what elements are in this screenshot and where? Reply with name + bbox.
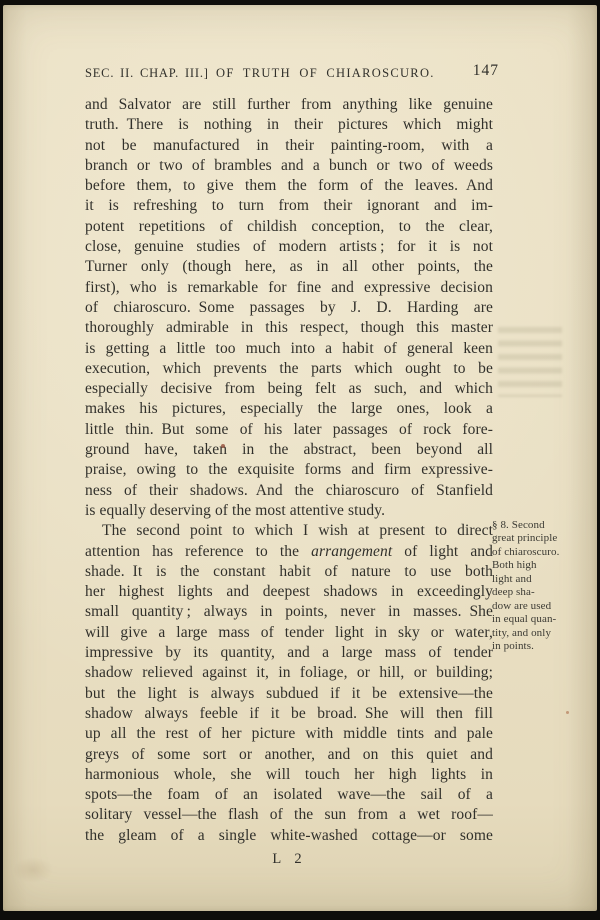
running-title: OF TRUTH OF CHIAROSCURO. <box>216 66 435 81</box>
sidenote-line: in points. <box>492 640 592 653</box>
text-line: especially decisive from being felt as s… <box>85 379 493 399</box>
text-line: close, genuine studies of modern artists… <box>85 237 493 257</box>
body-text: and Salvator are still further from anyt… <box>85 95 493 846</box>
text-line: execution, which prevents the parts whic… <box>85 359 493 379</box>
signature-mark: L 2 <box>85 851 493 868</box>
text-line: and Salvator are still further from anyt… <box>85 95 493 115</box>
text-line: little thin. But some of his later passa… <box>85 420 493 440</box>
sidenote-line: in equal quan- <box>492 613 592 626</box>
text-line: truth. There is nothing in their picture… <box>85 115 493 135</box>
text-line: her highest lights and deepest shadows i… <box>85 582 493 602</box>
text-line: praise, owing to the exquisite forms and… <box>85 460 493 480</box>
sidenote-line: light and <box>492 573 592 586</box>
sidenote-line: of chiaroscuro. <box>492 546 592 559</box>
text-line: shadow relieved against it, in foliage, … <box>85 663 493 683</box>
sidenote-line: Both high <box>492 559 592 572</box>
page-number: 147 <box>473 62 499 80</box>
text-line: it is refreshing to turn from their igno… <box>85 196 493 216</box>
text-line: potent repetitions of childish conceptio… <box>85 217 493 237</box>
sidenote-line: deep sha- <box>492 586 592 599</box>
text-line: the gleam of a single white-washed cotta… <box>85 826 493 846</box>
book-page: SEC. II. CHAP. III.] OF TRUTH OF CHIAROS… <box>3 5 597 911</box>
text-line: up all the rest of her picture with midd… <box>85 724 493 744</box>
text-line: small quantity ; always in points, never… <box>85 602 493 622</box>
text-line: Turner only (though here, as in all othe… <box>85 257 493 277</box>
marginal-note: § 8. Secondgreat principleof chiaroscuro… <box>492 519 592 654</box>
paper-speck <box>566 711 569 714</box>
italic-text: arrangement <box>311 543 392 560</box>
text-line: ness of their shadows. And the chiaroscu… <box>85 481 493 501</box>
text-line: is getting a little too much into a habi… <box>85 339 493 359</box>
text-line: not be manufactured in their painting-ro… <box>85 136 493 156</box>
text-line: but the light is always subdued if it be… <box>85 684 493 704</box>
text-line: before them, to give them the form of th… <box>85 176 493 196</box>
paragraph-continuation: and Salvator are still further from anyt… <box>85 95 493 521</box>
text-line: thoroughly admirable in this respect, th… <box>85 318 493 338</box>
text-line: shade. It is the constant habit of natur… <box>85 562 493 582</box>
page-header: SEC. II. CHAP. III.] OF TRUTH OF CHIAROS… <box>85 62 493 84</box>
text-line: solitary vessel—the flash of the sun fro… <box>85 805 493 825</box>
text-span: of light and <box>392 543 493 560</box>
sidenote-line: § 8. Second <box>492 519 592 532</box>
text-line: will give a large mass of tender light i… <box>85 623 493 643</box>
text-line: first), who is remarkable for fine and e… <box>85 278 493 298</box>
text-line: greys of some sort or another, and on th… <box>85 745 493 765</box>
text-line: harmonious whole, she will touch her hig… <box>85 765 493 785</box>
sidenote-line: dow are used <box>492 600 592 613</box>
text-line: branch or two of brambles and a bunch or… <box>85 156 493 176</box>
text-line: The second point to which I wish at pres… <box>85 521 493 541</box>
text-column: SEC. II. CHAP. III.] OF TRUTH OF CHIAROS… <box>85 62 493 846</box>
paper-smudge <box>13 857 53 883</box>
text-span: attention has reference to the <box>85 543 311 560</box>
sidenote-line: great principle <box>492 532 592 545</box>
sidenote-line: tity, and only <box>492 627 592 640</box>
paragraph-second-point: The second point to which I wish at pres… <box>85 521 493 846</box>
text-line: is equally deserving of the most attenti… <box>85 501 493 521</box>
text-line: attention has reference to the arrangeme… <box>85 542 493 562</box>
text-line: ground have, taken in the abstract, been… <box>85 440 493 460</box>
text-line: makes his pictures, especially the large… <box>85 399 493 419</box>
text-line: of chiaroscuro. Some passages by J. D. H… <box>85 298 493 318</box>
text-line: spots—the foam of an isolated wave—the s… <box>85 785 493 805</box>
paper-speck <box>221 444 225 448</box>
text-line: impressive by its quantity, and a large … <box>85 643 493 663</box>
section-label: SEC. II. CHAP. III.] <box>85 66 209 81</box>
text-line: shadow always feeble if it be broad. She… <box>85 704 493 724</box>
show-through-text <box>498 327 562 397</box>
